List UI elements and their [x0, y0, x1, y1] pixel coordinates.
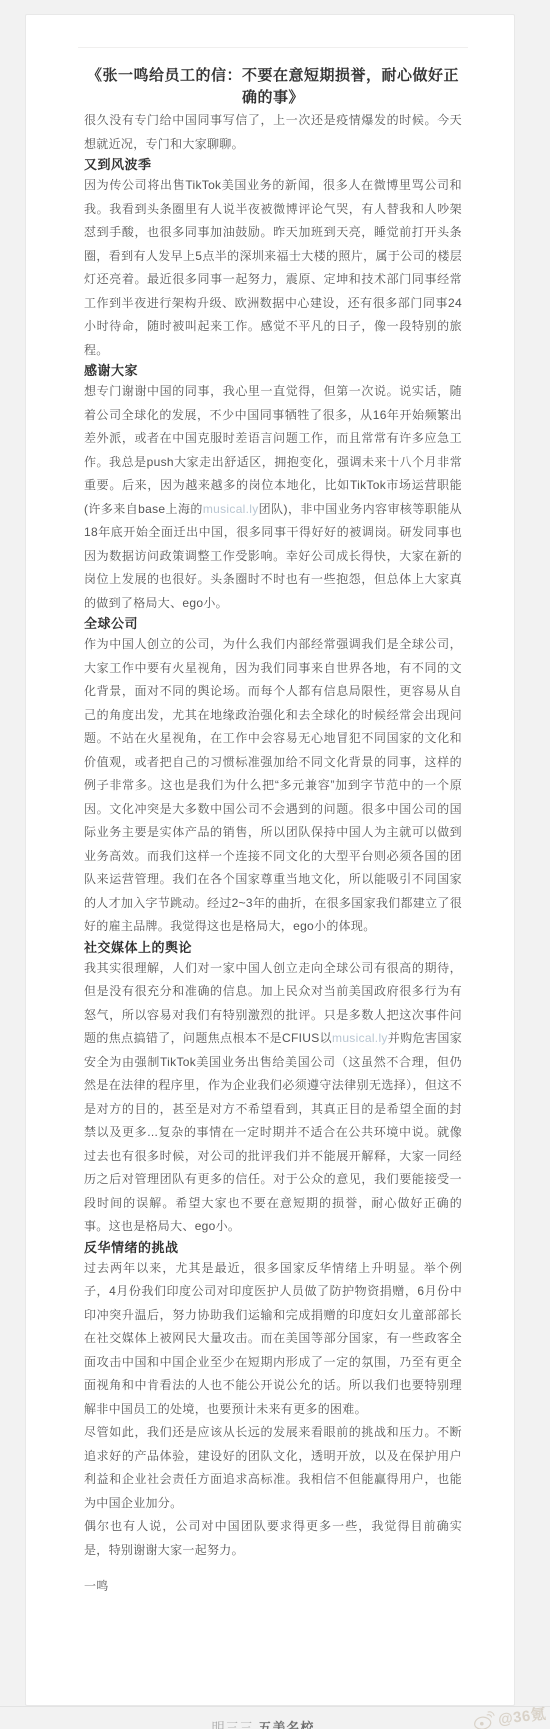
footer-caption-bold: 五美名校 [258, 1720, 314, 1729]
paragraph-text: 想专门谢谢中国的同事，我心里一直觉得，但第一次说。说实话，随着公司全球化的发展，… [84, 384, 462, 516]
bottom-divider [0, 1706, 550, 1707]
weibo-icon [472, 1710, 496, 1729]
top-divider [78, 47, 468, 48]
section-heading-global-company: 全球公司 [84, 615, 462, 633]
paragraph-anti-china-2: 尽管如此，我们还是应该从长远的发展来看眼前的挑战和压力。不断追求好的产品体验，建… [84, 1421, 462, 1515]
section-heading-anti-china-sentiment: 反华情绪的挑战 [84, 1239, 462, 1257]
watermark-handle: @36氪 [496, 1703, 547, 1729]
paragraph-global-company: 作为中国人创立的公司，为什么我们内部经常强调我们是全球公司，大家工作中要有火星视… [84, 633, 462, 939]
musically-link[interactable]: musical.ly [332, 1031, 388, 1045]
paragraph-text: 团队)，非中国业务内容审核等职能从18年底开始全面迁出中国，很多同事干得好好的被… [84, 502, 462, 610]
paragraph-anti-china-3: 偶尔也有人说，公司对中国团队要求得更多一些，我觉得目前确实是，特别谢谢大家一起努… [84, 1515, 462, 1562]
footer-caption: 明三三 五美名校 [0, 1717, 538, 1729]
intro-paragraph: 很久没有专门给中国同事写信了，上一次还是疫情爆发的时候。今天想就近况，专门和大家… [84, 109, 462, 156]
signature: 一鸣 [84, 1577, 462, 1594]
section-heading-social-media: 社交媒体上的舆论 [84, 939, 462, 957]
paragraph-anti-china-1: 过去两年以来，尤其是最近，很多国家反华情绪上升明显。举个例子，4月份我们印度公司… [84, 1257, 462, 1422]
section-heading-thanks: 感谢大家 [84, 362, 462, 380]
letter-card: 《张一鸣给员工的信：不要在意短期损誉，耐心做好正确的事》 很久没有专门给中国同事… [25, 14, 515, 1706]
paragraph-social-media: 我其实很理解，人们对一家中国人创立走向全球公司有很高的期待，但是没有很充分和准确… [84, 957, 462, 1239]
letter-title: 《张一鸣给员工的信：不要在意短期损誉，耐心做好正确的事》 [84, 65, 462, 109]
paragraph-storm-season: 因为传公司将出售TikTok美国业务的新闻，很多人在微博里骂公司和我。我看到头条… [84, 174, 462, 362]
paragraph-thanks: 想专门谢谢中国的同事，我心里一直觉得，但第一次说。说实话，随着公司全球化的发展，… [84, 380, 462, 615]
paragraph-text: 并购危害国家安全为由强制TikTok美国业务出售给美国公司（这虽然不合理，但仍然… [84, 1031, 462, 1233]
musically-link[interactable]: musical.ly [203, 502, 259, 516]
footer-caption-light: 明三三 [212, 1720, 254, 1729]
section-heading-storm-season: 又到风波季 [84, 156, 462, 174]
